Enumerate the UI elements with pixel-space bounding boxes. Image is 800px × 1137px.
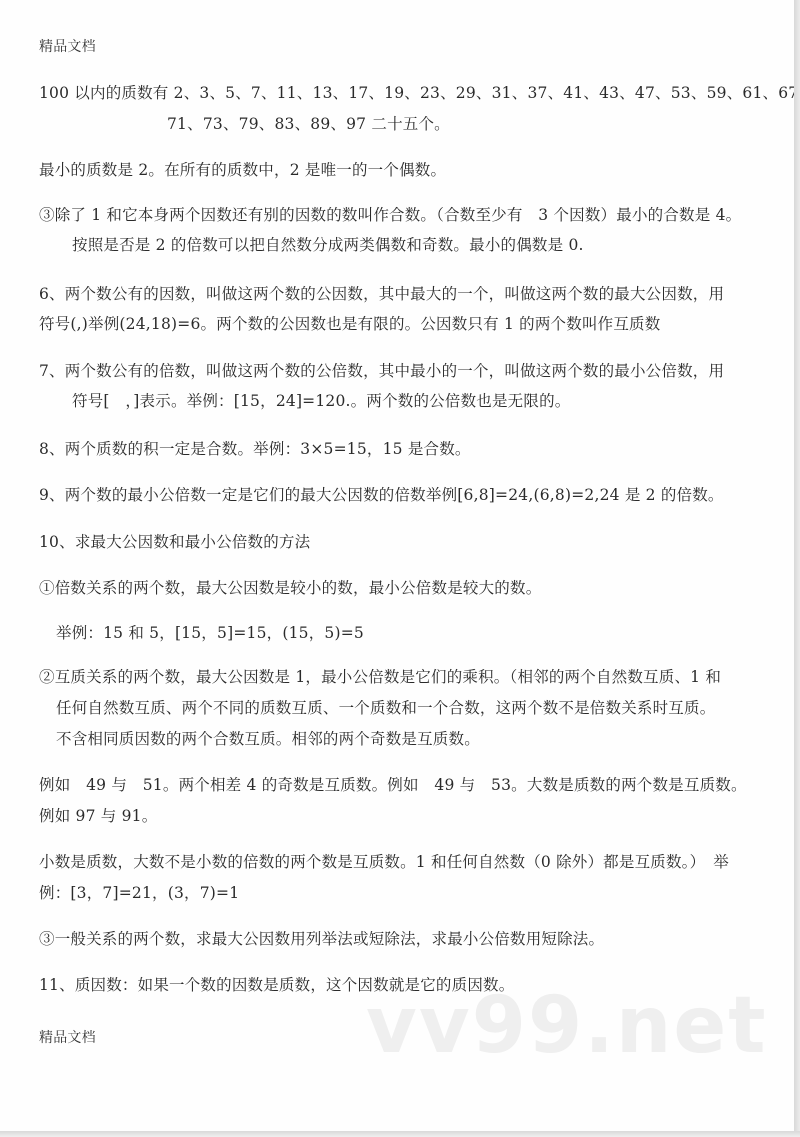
text-line-example-coprime-cont: 例如 97 与 91。 (39, 806, 157, 826)
text-line-primes-list: 100 以内的质数有 2、3、5、7、11、13、17、19、23、29、31、… (39, 83, 800, 103)
document-page: 精品文档 100 以内的质数有 2、3、5、7、11、13、17、19、23、2… (0, 0, 794, 1131)
text-line-item-6-cont: 符号(,)举例(24,18)=6。两个数的公因数也是有限的。公因数只有 1 的两… (39, 314, 660, 334)
text-line-item-6: 6、两个数公有的因数，叫做这两个数的公因数，其中最大的一个，叫做这两个数的最大公… (39, 284, 724, 304)
text-line-item-9: 9、两个数的最小公倍数一定是它们的最大公因数的倍数举例[6,8]=24,(6,8… (39, 485, 724, 505)
page-footer: 精品文档 (39, 1028, 96, 1048)
text-line-coprime-example: 例：[3，7]=21，(3，7)=1 (39, 883, 239, 903)
text-line-composite-def: ③除了 1 和它本身两个因数还有别的因数的数叫作合数。（合数至少有 3 个因数）… (39, 205, 741, 225)
text-line-example-coprime: 例如 49 与 51。两个相差 4 的奇数是互质数。例如 49 与 53。大数是… (39, 775, 747, 795)
text-line-item-8: 8、两个质数的积一定是合数。举例：3×5=15，15 是合数。 (39, 439, 471, 459)
text-line-method-3: ③一般关系的两个数，求最大公因数用列举法或短除法，求最小公倍数用短除法。 (39, 929, 604, 949)
text-line-method-2-cont-2: 不含相同质因数的两个合数互质。相邻的两个奇数是互质数。 (56, 729, 480, 749)
text-line-even-odd: 按照是否是 2 的倍数可以把自然数分成两类偶数和奇数。最小的偶数是 0. (72, 235, 584, 255)
text-line-primes-list-cont: 71、73、79、83、89、97 二十五个。 (167, 114, 450, 134)
text-line-item-7-cont: 符号[ ，]表示。举例：[15，24]=120.。两个数的公倍数也是无限的。 (72, 391, 571, 411)
text-line-item-7: 7、两个数公有的倍数，叫做这两个数的公倍数，其中最小的一个，叫做这两个数的最小公… (39, 361, 724, 381)
watermark: vv99.net (366, 996, 768, 1056)
text-line-item-10: 10、求最大公因数和最小公倍数的方法 (39, 532, 310, 552)
text-line-method-1: ①倍数关系的两个数，最大公因数是较小的数，最小公倍数是较大的数。 (39, 578, 541, 598)
text-line-method-1-example: 举例：15 和 5，[15，5]=15，(15，5)=5 (56, 623, 364, 643)
page-bottom-border (0, 1131, 800, 1137)
text-line-method-2: ②互质关系的两个数，最大公因数是 1，最小公倍数是它们的乘积。（相邻的两个自然数… (39, 667, 721, 687)
text-line-smallest-prime: 最小的质数是 2。在所有的质数中，2 是唯一的一个偶数。 (39, 160, 446, 180)
page-right-border (794, 0, 800, 1137)
text-line-coprime-rule: 小数是质数，大数不是小数的倍数的两个数是互质数。1 和任何自然数（0 除外）都是… (39, 852, 729, 872)
page-header: 精品文档 (39, 37, 96, 57)
text-line-method-2-cont-1: 任何自然数互质、两个不同的质数互质、一个质数和一个合数，这两个数不是倍数关系时互… (56, 698, 715, 718)
